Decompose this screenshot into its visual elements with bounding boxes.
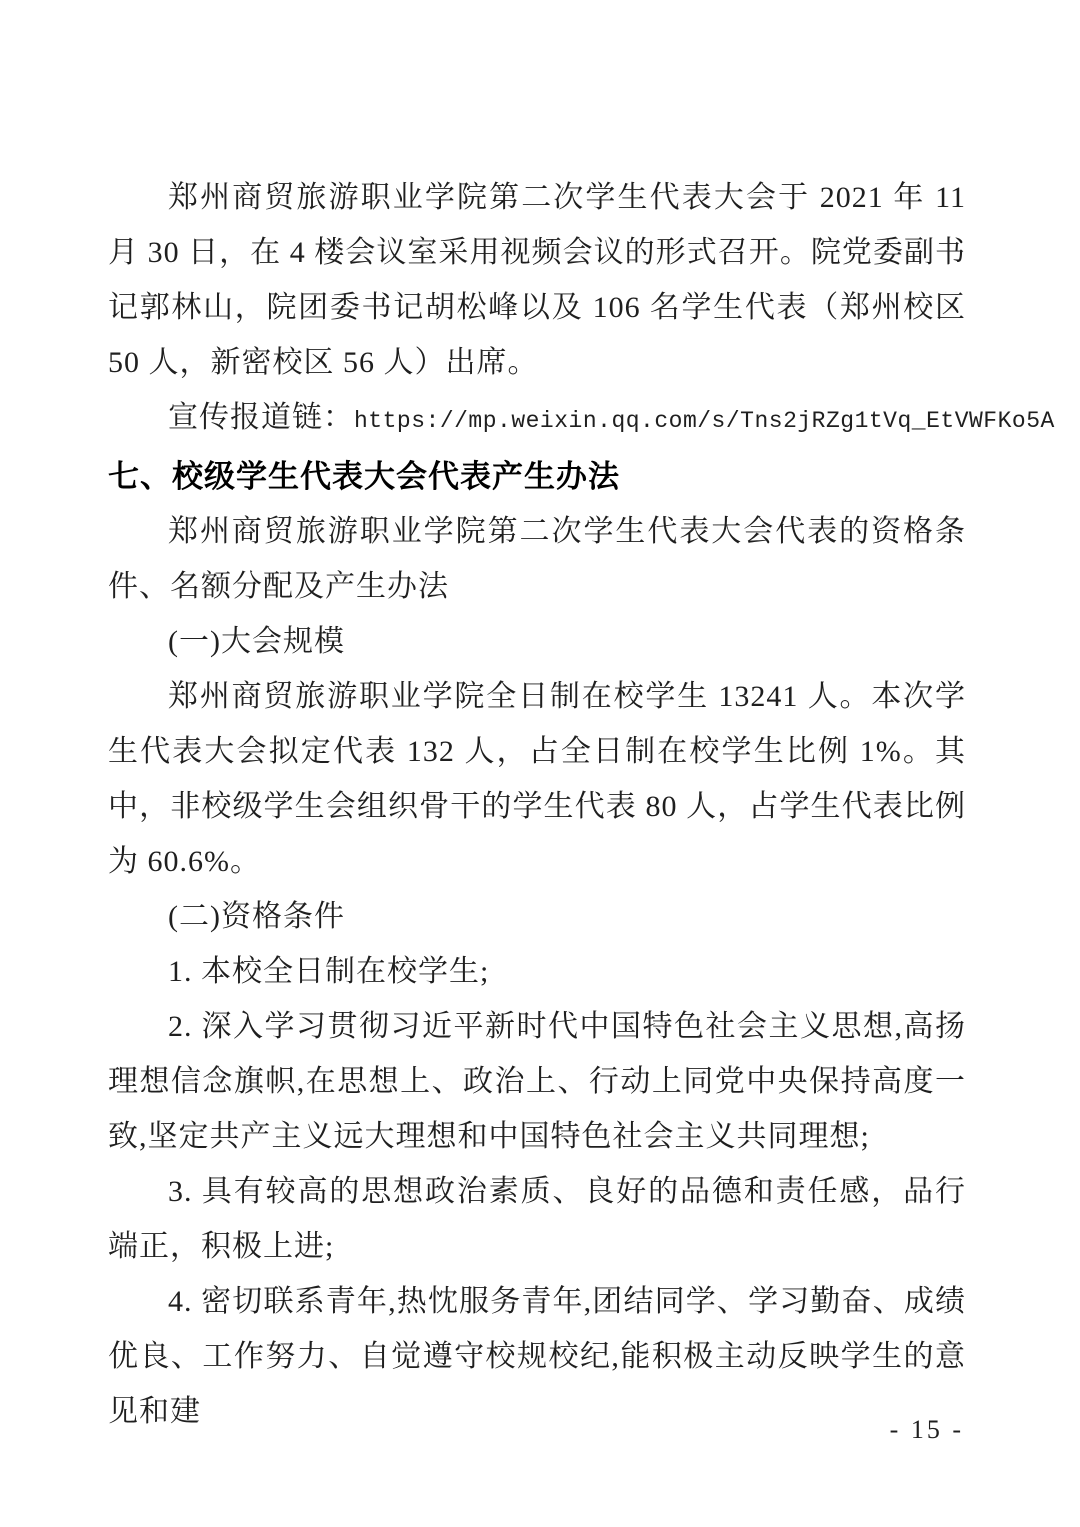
page-number: - 15 - xyxy=(890,1413,964,1447)
section-seven-heading: 七、校级学生代表大会代表产生办法 xyxy=(108,449,966,504)
publicity-link-url[interactable]: https://mp.weixin.qq.com/s/Tns2jRZg1tVq_… xyxy=(354,408,1055,434)
intro-paragraph: 郑州商贸旅游职业学院第二次学生代表大会于 2021 年 11 月 30 日，在 … xyxy=(108,170,966,390)
qualification-item-2: 2. 深入学习贯彻习近平新时代中国特色社会主义思想,高扬理想信念旗帜,在思想上、… xyxy=(108,999,966,1164)
qualification-item-1: 1. 本校全日制在校学生; xyxy=(108,944,966,999)
qualification-item-3: 3. 具有较高的思想政治素质、良好的品德和责任感，品行端正，积极上进; xyxy=(108,1164,966,1274)
subsection-qualification-title: (二)资格条件 xyxy=(108,889,966,944)
publicity-link-label: 宣传报道链： xyxy=(168,401,354,434)
page-content: 郑州商贸旅游职业学院第二次学生代表大会于 2021 年 11 月 30 日，在 … xyxy=(108,170,966,1439)
document-page: { "document": { "paragraph_intro": "郑州商贸… xyxy=(0,0,1080,1527)
section-intro-paragraph: 郑州商贸旅游职业学院第二次学生代表大会代表的资格条件、名额分配及产生办法 xyxy=(108,504,966,614)
subsection-scale-body: 郑州商贸旅游职业学院全日制在校学生 13241 人。本次学生代表大会拟定代表 1… xyxy=(108,669,966,889)
publicity-link-line: 宣传报道链：https://mp.weixin.qq.com/s/Tns2jRZ… xyxy=(108,390,966,449)
qualification-item-4: 4. 密切联系青年,热忱服务青年,团结同学、学习勤奋、成绩优良、工作努力、自觉遵… xyxy=(108,1274,966,1439)
subsection-scale-title: (一)大会规模 xyxy=(108,614,966,669)
